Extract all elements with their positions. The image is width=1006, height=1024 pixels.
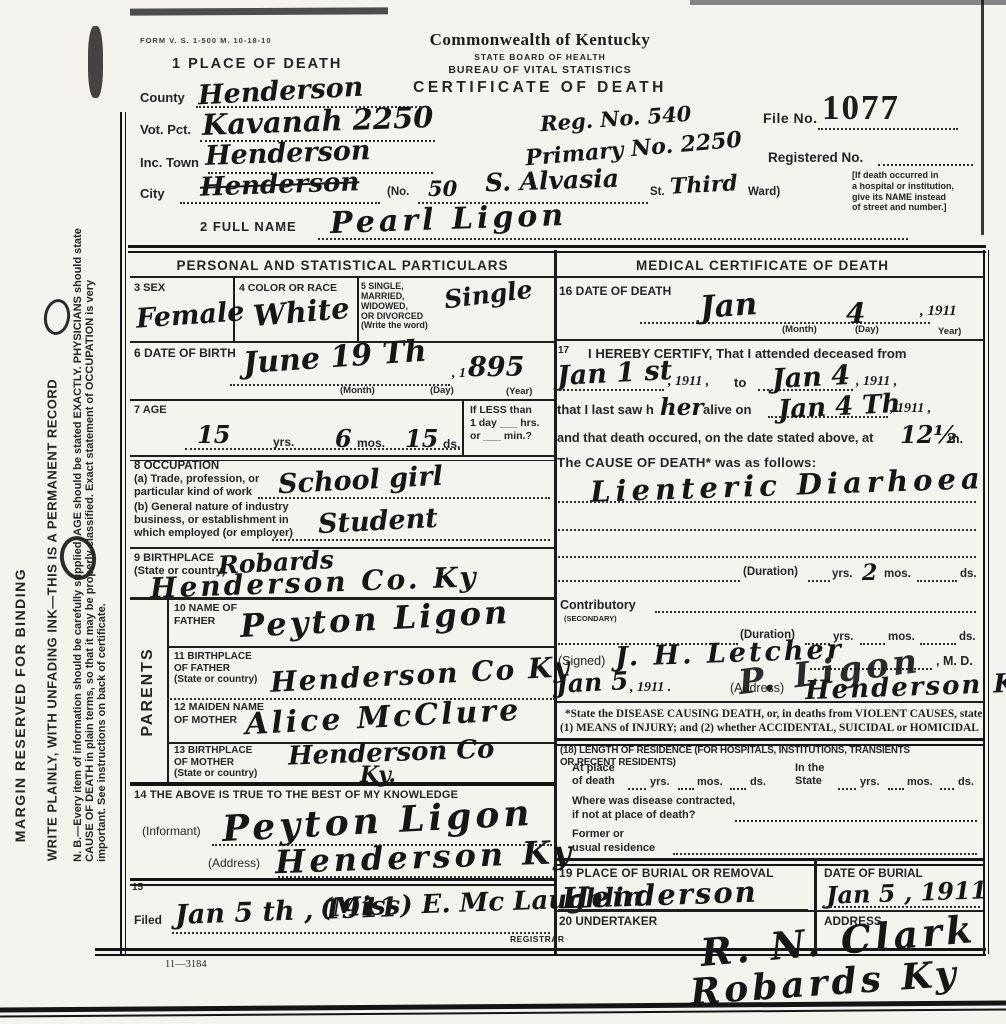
dod-bottom-line: [556, 339, 984, 341]
marital-value: Single: [443, 275, 534, 315]
dob-day-label: (Day): [430, 385, 454, 396]
age-cell-divider: [462, 399, 464, 455]
former-residence-line: [673, 851, 977, 855]
at-place-mos: mos.: [697, 776, 723, 788]
registered-no-label: Registered No.: [768, 150, 863, 165]
duration1-leader: [558, 578, 740, 582]
signed-year-value: , 1911 .: [630, 680, 671, 696]
former-residence-label: Former or usual residence: [572, 828, 655, 856]
vot-pct-label: Vot. Pct.: [140, 122, 191, 137]
header-bottom-rule: [128, 245, 986, 253]
margin-nb-note: N. B.—Every item of information should b…: [72, 228, 108, 862]
county-label: County: [140, 90, 185, 105]
cell-divider-race-marital: [357, 278, 359, 342]
city-label: City: [140, 186, 165, 201]
age-mos-value: 6: [335, 424, 352, 453]
father-birthplace-value: Henderson Co Ky: [269, 650, 572, 699]
saw-alive-year: , 1911 ,: [890, 401, 931, 417]
saw-alive-date: Jan 4 Th: [777, 389, 901, 425]
filed-label: Filed: [134, 913, 162, 927]
commonwealth-title: Commonwealth of Kentucky: [375, 30, 705, 50]
dob-label: 6 DATE OF BIRTH: [134, 346, 236, 360]
board-of-health: STATE BOARD OF HEALTH: [375, 52, 705, 62]
dod-day-label: (Day): [855, 324, 879, 335]
margin-nb-line3: important. See instructions on back of c…: [96, 228, 108, 862]
certify-section-number: 17: [558, 345, 569, 356]
full-name-value: Pearl Ligon: [329, 198, 567, 241]
informant-label: (Informant): [142, 824, 201, 838]
occupation-label: 8 OCCUPATION: [134, 460, 219, 472]
contracted-label: Where was disease contracted, if not at …: [572, 795, 735, 823]
section14-bottom-rule: [130, 878, 555, 886]
occupation-b-value: Student: [317, 503, 438, 540]
file-no-label: File No.: [763, 110, 818, 126]
state-heading-block: Commonwealth of Kentucky STATE BOARD OF …: [375, 30, 705, 97]
margin-binding-note: MARGIN RESERVED FOR BINDING: [12, 568, 28, 842]
duration1-label: (Duration): [743, 566, 798, 578]
father-birthplace-label: 11 BIRTHPLACE OF FATHER (State or countr…: [174, 651, 257, 686]
parents-bottom-line: [130, 782, 555, 786]
dob-year-value: 895: [468, 352, 524, 383]
marital-label: 5 SINGLE, MARRIED, WIDOWED, OR DIVORCED …: [361, 282, 428, 331]
form-left-border: [120, 112, 126, 954]
dod-month-label: (Month): [782, 324, 817, 335]
hospital-note: [If death occurred in a hospital or inst…: [852, 170, 980, 213]
house-no-value: 50: [428, 176, 457, 201]
form-right-border: [983, 250, 989, 954]
contributory-line: [655, 609, 976, 613]
state-mos: mos.: [907, 776, 933, 788]
full-name-label: 2 FULL NAME: [200, 219, 297, 234]
md-label: , M. D.: [936, 654, 973, 668]
city-no-label: (No.: [387, 186, 409, 198]
cause-line-3: [558, 554, 976, 558]
dod-year-value: , 1911: [920, 303, 957, 320]
state-gap2: [888, 786, 904, 790]
dod-month-value: Jan: [699, 286, 759, 326]
saw-her-value: her: [660, 394, 703, 421]
vot-pct-value: Kavanah 2250: [201, 100, 433, 142]
death-time-m-label: m.: [948, 431, 963, 446]
page-bottom-rule: [0, 1000, 1006, 1017]
city-st-label: St.: [650, 186, 665, 198]
street-value: S. Alvasia: [485, 164, 620, 198]
mother-birthplace-label: 13 BIRTHPLACE OF MOTHER (State or countr…: [174, 745, 257, 780]
form-number: FORM V. S. 1-500 M. 10-18-10: [140, 36, 272, 45]
registered-no-line: [878, 162, 973, 166]
father-name-value: Peyton Ligon: [239, 593, 511, 645]
father-row-line: [167, 646, 555, 648]
at-place-ds: ds.: [750, 776, 766, 788]
state-gap3: [940, 786, 954, 790]
cause-line-2: [558, 527, 976, 531]
occupation-bottom-line: [130, 547, 555, 549]
duration1-yrs-label: yrs.: [832, 568, 852, 580]
binding-smudge: [88, 26, 103, 98]
violent-causes-footnote-1: *State the DISEASE CAUSING DEATH, or, in…: [565, 708, 982, 720]
duration2-gap2: [860, 641, 885, 645]
attended-to-year: , 1911 ,: [856, 374, 897, 390]
duration2-gap3: [920, 641, 956, 645]
signed-bottom-line: [556, 701, 984, 703]
parents-label: PARENTS: [139, 647, 157, 736]
contributory-label: Contributory: [560, 598, 636, 612]
paper-edge-line: [981, 0, 984, 235]
filed-section-number: 15: [132, 882, 143, 893]
filed-line: [172, 930, 550, 934]
city-value: Henderson: [200, 167, 360, 203]
sex-label: 3 SEX: [134, 282, 165, 294]
reg-no-value: Reg. No. 540: [539, 101, 692, 137]
contracted-line: [735, 818, 977, 822]
margin-nb-line2: CAUSE OF DEATH in plain terms, so that i…: [84, 228, 96, 862]
race-value: White: [252, 291, 351, 333]
dod-label: 16 DATE OF DEATH: [559, 284, 671, 298]
father-name-label: 10 NAME OF FATHER: [174, 602, 237, 627]
attended-to-date: Jan 4: [771, 360, 851, 395]
death-certificate-scan: MARGIN RESERVED FOR BINDING WRITE PLAINL…: [0, 0, 1006, 1024]
duration1-gap1: [808, 578, 830, 582]
at-place-gap1: [628, 786, 646, 790]
occupation-a-label: (a) Trade, profession, or particular kin…: [134, 473, 259, 499]
form-footer-number: 11—3184: [165, 959, 207, 970]
dob-year-label: (Year): [506, 386, 532, 397]
age-yrs-label: yrs.: [273, 435, 294, 449]
age-ds-value: 15: [405, 424, 438, 453]
state-ds: ds.: [958, 776, 974, 788]
residence-bottom-rule: [556, 858, 984, 866]
cause-line-1: [558, 499, 976, 503]
duration1-ds-label: ds.: [960, 568, 977, 580]
age-label: 7 AGE: [134, 404, 167, 416]
at-place-label: At place of death: [572, 762, 642, 788]
margin-plainly-note: WRITE PLAINLY, WITH UNFADING INK—THIS IS…: [45, 379, 60, 861]
attended-from-year: , 1911 ,: [668, 374, 709, 390]
inc-town-label: Inc. Town: [140, 155, 199, 170]
death-occured-label: and that death occured, on the date stat…: [557, 430, 873, 445]
signed-label: (Signed): [558, 654, 605, 668]
inc-town-value: Henderson: [205, 135, 371, 172]
registrar-label: REGISTRAR: [510, 934, 565, 944]
attended-from-line: [556, 387, 664, 391]
scan-streak-top-right: [690, 0, 1006, 5]
attended-to-label: to: [734, 375, 746, 390]
violent-causes-footnote-2: (1) MEANS of INJURY; and (2) whether ACC…: [560, 722, 979, 734]
bureau-vital-statistics: BUREAU OF VITAL STATISTICS: [375, 64, 705, 76]
informant-address-label: (Address): [208, 856, 260, 870]
ward-value: Third: [669, 170, 738, 200]
at-place-gap2: [678, 786, 694, 790]
signed-date-value: Jan 5: [555, 666, 629, 699]
in-the-state-label: In the State: [795, 762, 855, 788]
occupation-b-line: [272, 537, 550, 541]
personal-title: PERSONAL AND STATISTICAL PARTICULARS: [130, 258, 555, 273]
place-of-death-heading: 1 PLACE OF DEATH: [172, 56, 342, 72]
age-mos-label: mos.: [357, 436, 385, 450]
duration2-ds-label: ds.: [959, 631, 976, 643]
duration1-mos-label: mos.: [884, 568, 911, 580]
at-place-gap3: [730, 786, 746, 790]
state-yrs: yrs.: [860, 776, 880, 788]
scan-streak-top-left: [130, 7, 388, 15]
titles-underline: [130, 276, 984, 278]
city-ward-label: Ward): [748, 186, 780, 198]
state-gap1: [838, 786, 856, 790]
sex-value: Female: [135, 296, 245, 334]
dob-month-label: (Month): [340, 385, 375, 396]
dod-year-label: Year): [938, 326, 961, 337]
at-place-yrs: yrs.: [650, 776, 670, 788]
saw-alive-label: that I last saw h: [557, 402, 654, 417]
duration1-mos-value: 2: [862, 560, 877, 586]
occupation-b-label: (b) General nature of industry business,…: [134, 501, 293, 540]
if-less-label: If LESS than 1 day ___ hrs. or ___ min.?: [470, 404, 539, 443]
dob-year-prefix: , 1: [452, 366, 466, 382]
alive-on-label: alive on: [703, 402, 751, 417]
age-yrs-value: 15: [197, 420, 230, 449]
certificate-of-death-title: CERTIFICATE OF DEATH: [375, 79, 705, 97]
dob-bottom-line: [130, 399, 555, 401]
undertaker-label: 20 UNDERTAKER: [559, 914, 657, 928]
margin-nb-line1: N. B.—Every item of information should b…: [72, 228, 84, 862]
age-ds-label: ds.: [443, 437, 460, 451]
punch-hole-top: [42, 297, 73, 336]
parents-strip-divider: [167, 599, 169, 783]
medical-title: MEDICAL CERTIFICATE OF DEATH: [560, 258, 965, 273]
file-no-value: 1077: [822, 88, 900, 128]
duration1-gap2: [917, 578, 957, 582]
secondary-label: (SECONDARY): [564, 614, 617, 623]
